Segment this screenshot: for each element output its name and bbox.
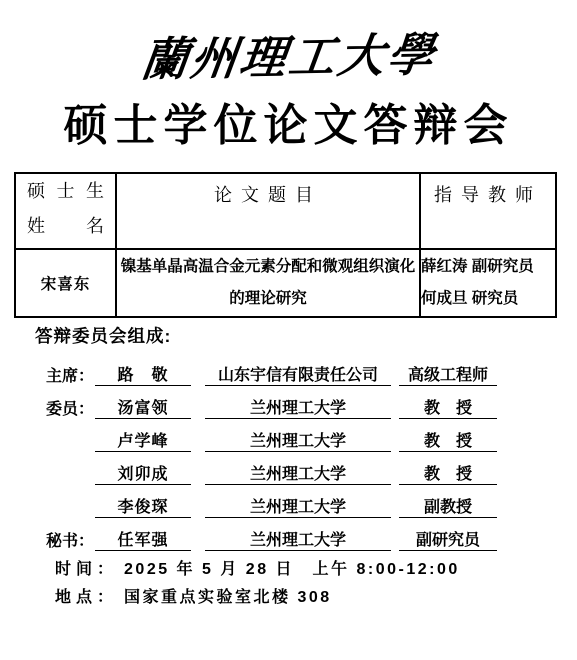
advisor-header: 指导教师 xyxy=(420,173,556,249)
thesis-info-table: 硕士生 姓名 论文题目 指导教师 宋喜东 镍基单晶高温合金元素分配和微观组织演化… xyxy=(14,172,557,318)
committee-heading: 答辩委员会组成: xyxy=(35,323,171,348)
member-name-field: 汤富领 xyxy=(95,395,191,419)
committee-row-member: 刘卯成 兰州理工大学 教 授 xyxy=(46,465,497,485)
committee-row-member: 卢学峰 兰州理工大学 教 授 xyxy=(46,432,497,452)
member-title-field: 副教授 xyxy=(399,494,497,518)
time-label: 时间： xyxy=(55,561,118,578)
advisor-cell: 薛红涛 副研究员 何成旦 研究员 xyxy=(420,249,556,317)
university-logo: 蘭州理工大學 xyxy=(0,28,577,88)
committee-row-member: 李俊琛 兰州理工大学 副教授 xyxy=(46,498,497,518)
student-header-line1: 硕士生 xyxy=(16,174,115,209)
member-name-field: 路 敬 xyxy=(95,362,191,386)
student-name-header: 硕士生 姓名 xyxy=(15,173,116,249)
committee-list: 主席： 路 敬 山东宇信有限责任公司 高级工程师 委员： 汤富领 兰州理工大学 … xyxy=(46,366,497,564)
time-line: 时间：2025 年 5 月 28 日 上午 8:00-12:00 xyxy=(55,556,460,579)
thesis-title-header: 论文题目 xyxy=(116,173,420,249)
member-name-field: 刘卯成 xyxy=(95,461,191,485)
member-title-field: 教 授 xyxy=(399,461,497,485)
committee-row-member: 委员： 汤富领 兰州理工大学 教 授 xyxy=(46,399,497,419)
location-value: 国家重点实验室北楼 308 xyxy=(124,589,332,606)
role-label: 委员： xyxy=(46,396,95,419)
committee-row-chair: 主席： 路 敬 山东宇信有限责任公司 高级工程师 xyxy=(46,366,497,386)
location-line: 地点：国家重点实验室北楼 308 xyxy=(55,584,332,607)
committee-row-secretary: 秘书： 任军强 兰州理工大学 副研究员 xyxy=(46,531,497,551)
role-label: 秘书： xyxy=(46,528,95,551)
role-label: 主席： xyxy=(46,363,95,386)
member-org-field: 兰州理工大学 xyxy=(205,461,391,485)
member-org-field: 兰州理工大学 xyxy=(205,428,391,452)
university-logo-calligraphy: 蘭州理工大學 xyxy=(137,25,439,90)
member-org-field: 兰州理工大学 xyxy=(205,494,391,518)
student-name-cell: 宋喜东 xyxy=(15,249,116,317)
info-table-header-row: 硕士生 姓名 论文题目 指导教师 xyxy=(15,173,556,249)
member-name-field: 李俊琛 xyxy=(95,494,191,518)
time-value: 2025 年 5 月 28 日 上午 8:00-12:00 xyxy=(124,561,460,578)
location-label: 地点： xyxy=(55,589,118,606)
member-name-field: 任军强 xyxy=(95,527,191,551)
advisor-line1: 薛红涛 副研究员 xyxy=(421,251,555,283)
info-table-data-row: 宋喜东 镍基单晶高温合金元素分配和微观组织演化的理论研究 薛红涛 副研究员 何成… xyxy=(15,249,556,317)
member-org-field: 山东宇信有限责任公司 xyxy=(205,362,391,386)
member-title-field: 副研究员 xyxy=(399,527,497,551)
defense-announcement-page: 蘭州理工大學 硕士学位论文答辩会 硕士生 姓名 论文题目 指导教师 宋喜东 镍基… xyxy=(0,0,577,660)
thesis-title-cell: 镍基单晶高温合金元素分配和微观组织演化的理论研究 xyxy=(116,249,420,317)
member-title-field: 高级工程师 xyxy=(399,362,497,386)
advisor-line2: 何成旦 研究员 xyxy=(421,283,555,315)
page-title: 硕士学位论文答辩会 xyxy=(0,98,577,154)
member-name-field: 卢学峰 xyxy=(95,428,191,452)
member-org-field: 兰州理工大学 xyxy=(205,395,391,419)
student-header-line2: 姓名 xyxy=(16,209,115,244)
member-title-field: 教 授 xyxy=(399,395,497,419)
member-title-field: 教 授 xyxy=(399,428,497,452)
member-org-field: 兰州理工大学 xyxy=(205,527,391,551)
